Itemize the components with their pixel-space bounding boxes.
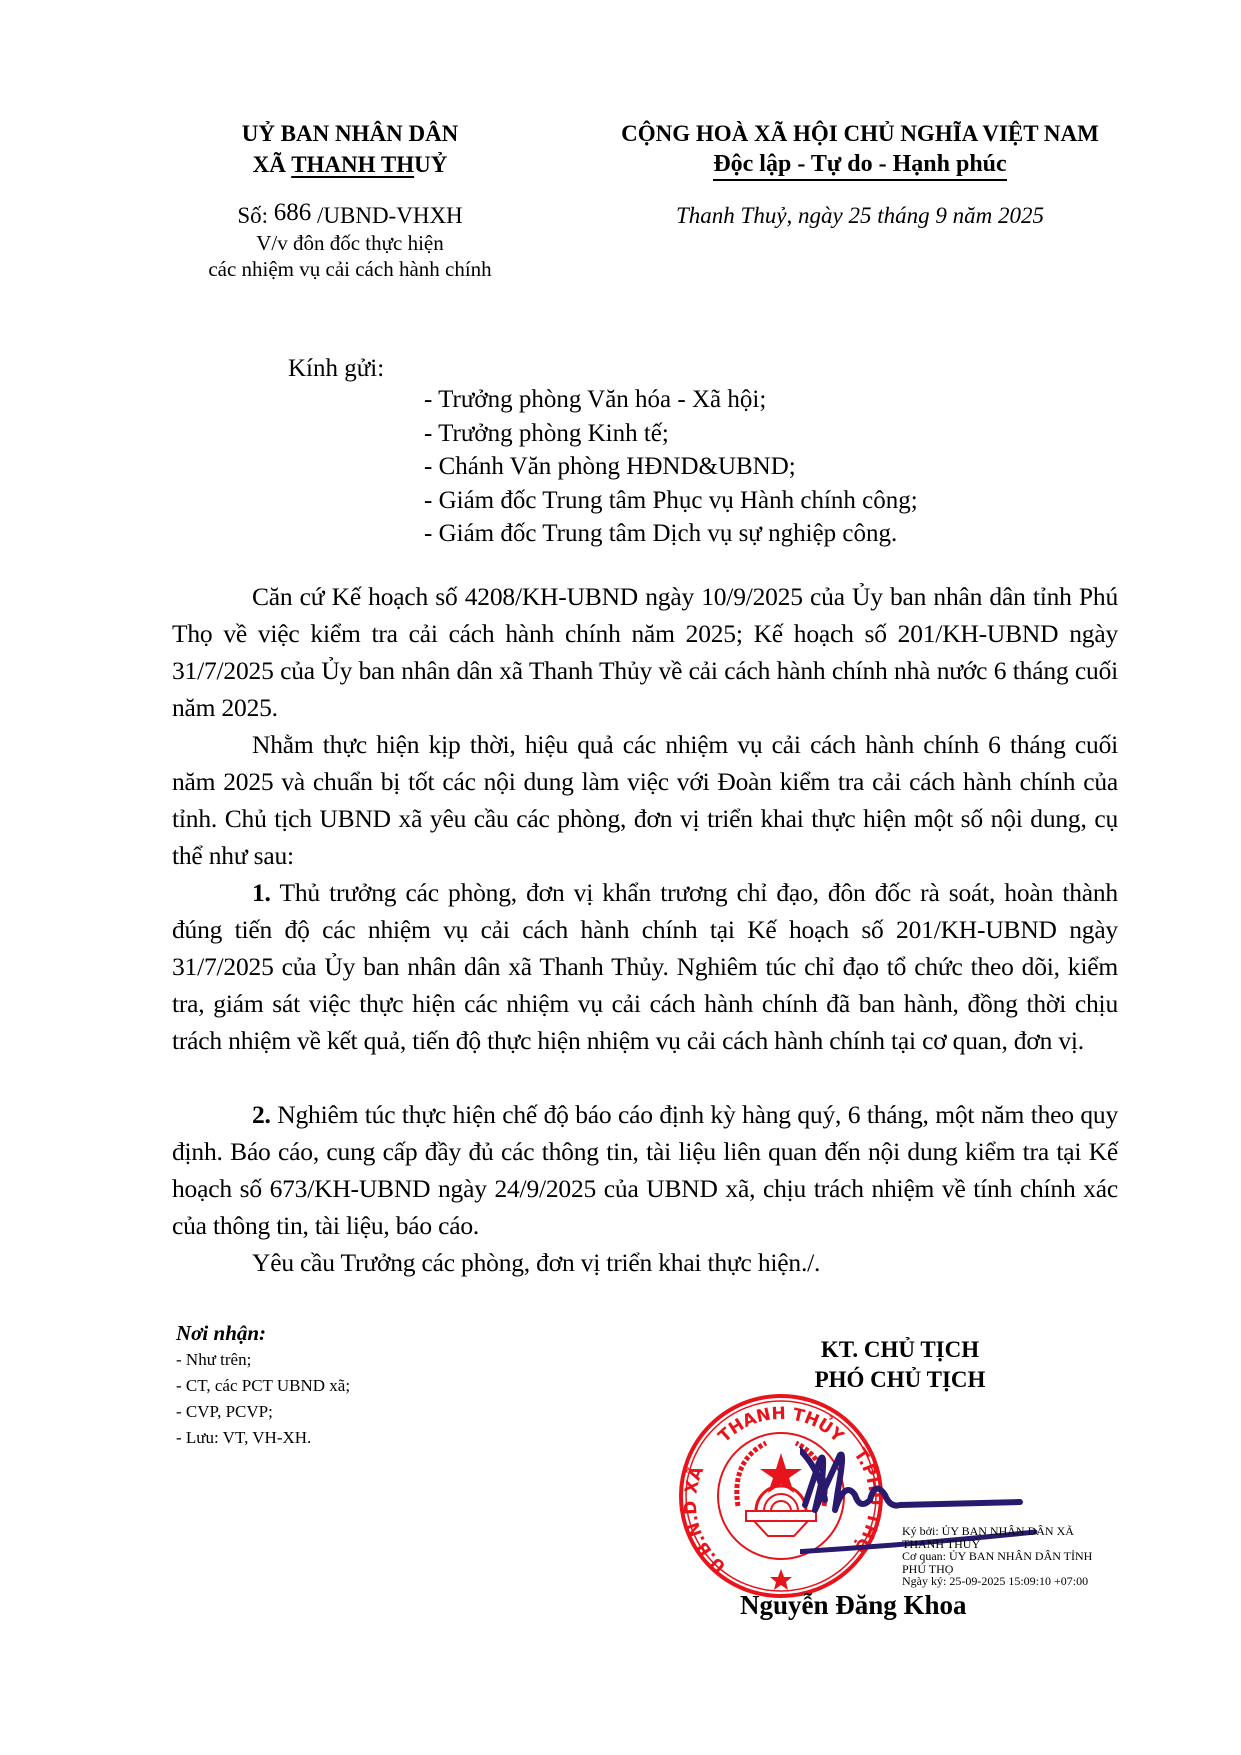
commune-name-underlined: THANH TH	[291, 152, 414, 177]
recipient-item: - Trưởng phòng Văn hóa - Xã hội;	[424, 383, 918, 417]
signature-title-line-1: KT. CHỦ TỊCH	[700, 1335, 1100, 1365]
national-header-block: CỘNG HOÀ XÃ HỘI CHỦ NGHĨA VIỆT NAM Độc l…	[560, 118, 1160, 230]
digital-signer: Ký bởi: ỦY BAN NHÂN DÂN XÃ	[902, 1525, 1162, 1538]
commune-name: XÃ THANH THUỶ	[150, 149, 550, 180]
authority-name: UỶ BAN NHÂN DÂN	[150, 118, 550, 149]
recipient-item: - Giám đốc Trung tâm Dịch vụ sự nghiệp c…	[424, 517, 918, 551]
item-2-label: 2.	[252, 1100, 271, 1129]
number-suffix: /UBND-VHXH	[317, 203, 463, 228]
subject-line-1: V/v đôn đốc thực hiện	[150, 230, 550, 256]
distribution-title: Nơi nhận:	[176, 1320, 350, 1347]
national-title: CỘNG HOÀ XÃ HỘI CHỦ NGHĨA VIỆT NAM	[560, 118, 1160, 149]
paragraph-purpose: Nhằm thực hiện kịp thời, hiệu quả các nh…	[172, 726, 1118, 874]
place-date: Thanh Thuỷ, ngày 25 tháng 9 năm 2025	[560, 202, 1160, 230]
recipients-label: Kính gửi:	[288, 355, 384, 383]
item-1-text: Thủ trưởng các phòng, đơn vị khẩn trương…	[172, 878, 1118, 1055]
recipient-item: - Trưởng phòng Kinh tế;	[424, 417, 918, 451]
distribution-item: - CVP, PCVP;	[176, 1399, 350, 1425]
digital-signature-info: Ký bởi: ỦY BAN NHÂN DÂN XÃ THANH THUỶ Cơ…	[902, 1525, 1162, 1588]
subject-line-2: các nhiệm vụ cải cách hành chính	[150, 256, 550, 282]
distribution-list: Nơi nhận: - Như trên; - CT, các PCT UBND…	[176, 1320, 350, 1451]
national-motto: Độc lập - Tự do - Hạnh phúc	[560, 149, 1160, 180]
signer-name: Nguyễn Đăng Khoa	[740, 1590, 967, 1621]
commune-name-suffix: UỶ	[414, 152, 447, 177]
digital-sign-date: Ngày ký: 25-09-2025 15:09:10 +07:00	[902, 1575, 1162, 1588]
document-number: Số: 686 /UBND-VHXH	[150, 202, 550, 230]
item-1-label: 1.	[252, 878, 271, 907]
recipient-item: - Chánh Văn phòng HĐND&UBND;	[424, 450, 918, 484]
number-value: 686	[274, 199, 312, 226]
item-2-text: Nghiêm túc thực hiện chế độ báo cáo định…	[172, 1100, 1118, 1240]
commune-prefix: XÃ	[253, 152, 292, 177]
distribution-item: - CT, các PCT UBND xã;	[176, 1373, 350, 1399]
motto-text: Độc lập - Tự do - Hạnh phúc	[713, 151, 1006, 181]
distribution-item: - Như trên;	[176, 1347, 350, 1373]
recipients-list: - Trưởng phòng Văn hóa - Xã hội; - Trưởn…	[424, 383, 918, 551]
signature-title: KT. CHỦ TỊCH PHÓ CHỦ TỊCH	[700, 1335, 1100, 1395]
digital-org: Cơ quan: ỦY BAN NHÂN DÂN TỈNH	[902, 1550, 1162, 1563]
issuing-authority-block: UỶ BAN NHÂN DÂN XÃ THANH THUỶ Số: 686 /U…	[150, 118, 550, 282]
paragraph-item-2: 2. Nghiêm túc thực hiện chế độ báo cáo đ…	[172, 1096, 1118, 1244]
paragraph-item-1: 1. Thủ trưởng các phòng, đơn vị khẩn trư…	[172, 874, 1118, 1059]
paragraph-closing: Yêu cầu Trưởng các phòng, đơn vị triển k…	[172, 1244, 1118, 1281]
paragraph-basis: Căn cứ Kế hoạch số 4208/KH-UBND ngày 10/…	[172, 578, 1118, 726]
distribution-item: - Lưu: VT, VH-XH.	[176, 1425, 350, 1451]
recipient-item: - Giám đốc Trung tâm Phục vụ Hành chính …	[424, 484, 918, 518]
number-label: Số:	[237, 203, 268, 228]
